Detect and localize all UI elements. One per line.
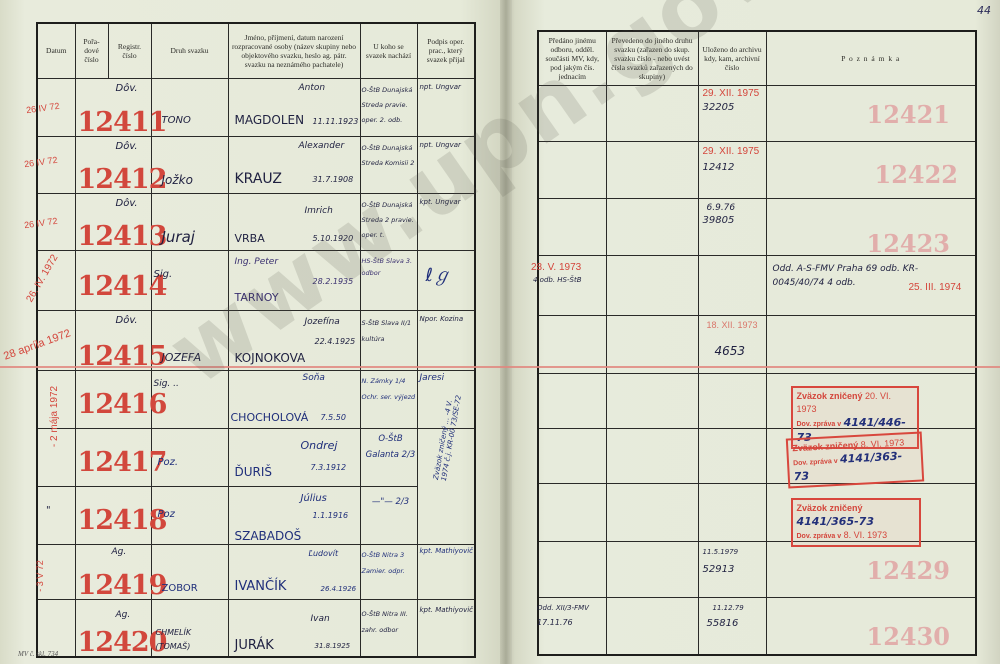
archive-number: 12412 [703,162,735,173]
header-registry-number: Registr. číslo [108,23,151,78]
file-kind: Poz [158,509,175,520]
header-signature: Podpis oper. prac., který svazek přijal [417,23,475,78]
birth-date: 7.5.50 [321,413,346,422]
file-location: S-ŠtB Slava II/1 kultúra [362,315,416,347]
file-type-note: Dôv. [116,141,138,152]
file-type-note: Dôv. [116,83,138,94]
surname: SZABADOŠ [235,529,302,543]
file-type-note: Ag. [116,610,131,620]
file-kind: ZOBOR [162,583,198,594]
first-name: Anton [299,83,326,93]
birth-date: 1.1.1916 [313,511,349,520]
entry-date: - 3 V 72 [35,560,45,592]
table-row: 29. XII. 197512412 12422 [538,141,976,198]
archive-number: 4653 [715,344,746,358]
file-location: O-ŠtB Galanta 2/3 [365,431,417,463]
destroyed-stamp: Zväzok zničený 8. VI. 1973Dov. zpráva v … [785,431,923,488]
transfer-department: Odd. XII/3-FMV [537,604,589,612]
surname: IVANČÍK [235,579,287,594]
bleed-through-number: 12430 [867,622,951,651]
birth-date: 31.8.1925 [315,642,351,650]
transfer-reference: 4 odb. HS-ŠtB [533,276,582,284]
table-row: Zväzok zničený 4141/365-73Dov. zpráva v … [538,483,976,541]
first-name: Alexander [299,141,345,151]
file-kind: CHMELÍK (TOMAŠ) [156,626,226,654]
header-holder: U koho se svazek nachází [360,23,417,78]
signed-by: kpt. Mathiyovič [420,547,474,555]
file-type-note: Dôv. [116,315,138,326]
table-row: 18. XII. 19734653 [538,315,976,373]
header-person: Jméno, příjmení, datum narození rozpraco… [228,23,360,78]
table-row: Zväzok zničený 20. VI. 1973Dov. zpráva v… [538,373,976,428]
archive-date: 6.9.76 [707,203,736,213]
file-type-note: Dôv. [116,198,138,209]
bleed-through-number: 12422 [875,160,959,189]
transfer-date: 17.11.76 [537,618,573,627]
table-row: 12420Ag. CHMELÍK (TOMAŠ) IvanJURÁK31.8.1… [37,599,475,657]
signed-by: Jaresi [420,373,445,383]
archive-number: 52913 [703,564,735,575]
archive-date-stamp: 29. XII. 1975 [703,146,760,157]
first-name: Ivan [311,614,330,624]
archive-date-stamp: 18. XII. 1973 [707,320,758,330]
file-kind: Poz. [158,457,179,468]
file-location: O-ŠtB Nitra 3 Zamier. odpr. [362,547,416,579]
table-row: " 12418 Poz JúliusSZABADOŠ1.1.1916 —"— 2… [37,486,475,544]
table-row: Odd. XII/3-FMV17.11.76 11.12.7955816 124… [538,597,976,655]
file-location: O-ŠtB Nitra III. zahr. odbor [362,606,416,638]
first-name: Soňa [303,373,325,383]
file-kind: Sig. [154,269,173,280]
table-row: 6.9.7639805 12423 [538,198,976,255]
surname: CHOCHOLOVÁ [231,411,309,424]
file-location: N. Zámky 1/4 Ochr. ser. výjezd [362,373,416,405]
table-row: - 2 mája 1972 12416 Sig. .. SoňaCHOCHOLO… [37,370,475,428]
file-kind: Sig. .. [154,373,194,395]
archive-date: 11.5.1979 [703,548,739,556]
red-underline [0,366,1000,368]
archive-date: 11.12.79 [713,604,744,612]
table-row: 11.5.197952913 12429 [538,541,976,597]
page-number: 44 [977,4,991,17]
first-name: Ľudovít [309,549,339,558]
form-footer: MV č. skl. 734 [18,650,58,658]
header-file-type: Druh svazku [151,23,228,78]
header-date: Datum [37,23,75,78]
table-row: - 3 V 72 12419Ag. ZOBOR ĽudovítIVANČÍK26… [37,544,475,599]
file-kind: Juraj [162,228,195,246]
archive-date-stamp: 29. XII. 1975 [703,88,760,99]
archive-number: 39805 [703,215,735,226]
birth-date: 26.4.1926 [321,585,357,593]
file-kind: TONO [162,115,191,126]
signed-by: kpt. Mathiyovič [420,606,474,614]
birth-date: 7.3.1912 [311,463,347,472]
signed-by: Npor. Kozina [420,315,464,323]
bleed-through-number: 12421 [867,100,951,129]
table-row: 26 IV 72 12411Dôv. TONO AntonMAGDOLEN11.… [37,78,475,136]
first-name: Ondrej [301,439,338,452]
surname: JURÁK [235,638,274,653]
surname: MAGDOLEN [235,113,305,127]
table-row: Zväzok zničený 8. VI. 1973Dov. zpráva v … [538,428,976,483]
note-date-stamp: 25. III. 1974 [909,282,962,293]
birth-date: 11.11.1923 [313,117,359,126]
file-location: —"— 2/3 [365,493,417,511]
entry-date: " [46,505,51,516]
destroyed-stamp: Zväzok zničený 4141/365-73Dov. zpráva v … [791,498,921,547]
archive-number: 32205 [703,102,735,113]
surname: KRAUZ [235,171,283,187]
first-name: Július [301,493,327,504]
header-order-number: Pořa-dové číslo [75,23,108,78]
signature-icon: ℓℊ [426,261,451,287]
table-row: 28. V. 19734 odb. HS-ŠtB Odd. A-S-FMV Pr… [538,255,976,315]
file-kind: Jožko [162,173,193,187]
surname: ĎURIŠ [235,465,273,479]
bleed-through-number: 12429 [867,556,951,585]
table-row: 12417 Poz. OndrejĎURIŠ7.3.1912 O-ŠtB Gal… [37,428,475,486]
archive-number: 55816 [707,618,739,629]
bleed-through-number: 12423 [867,229,951,258]
file-type-note: Ag. [112,547,127,557]
file-location: O-ŠtB Dunajská Streda pravie. oper. 2. o… [362,83,416,128]
transfer-date-stamp: 28. V. 1973 [531,262,581,273]
header-note: P o z n á m k a [766,31,976,85]
signed-by: npt. Ungvar [420,83,461,91]
birth-date: 22.4.1925 [315,337,356,346]
